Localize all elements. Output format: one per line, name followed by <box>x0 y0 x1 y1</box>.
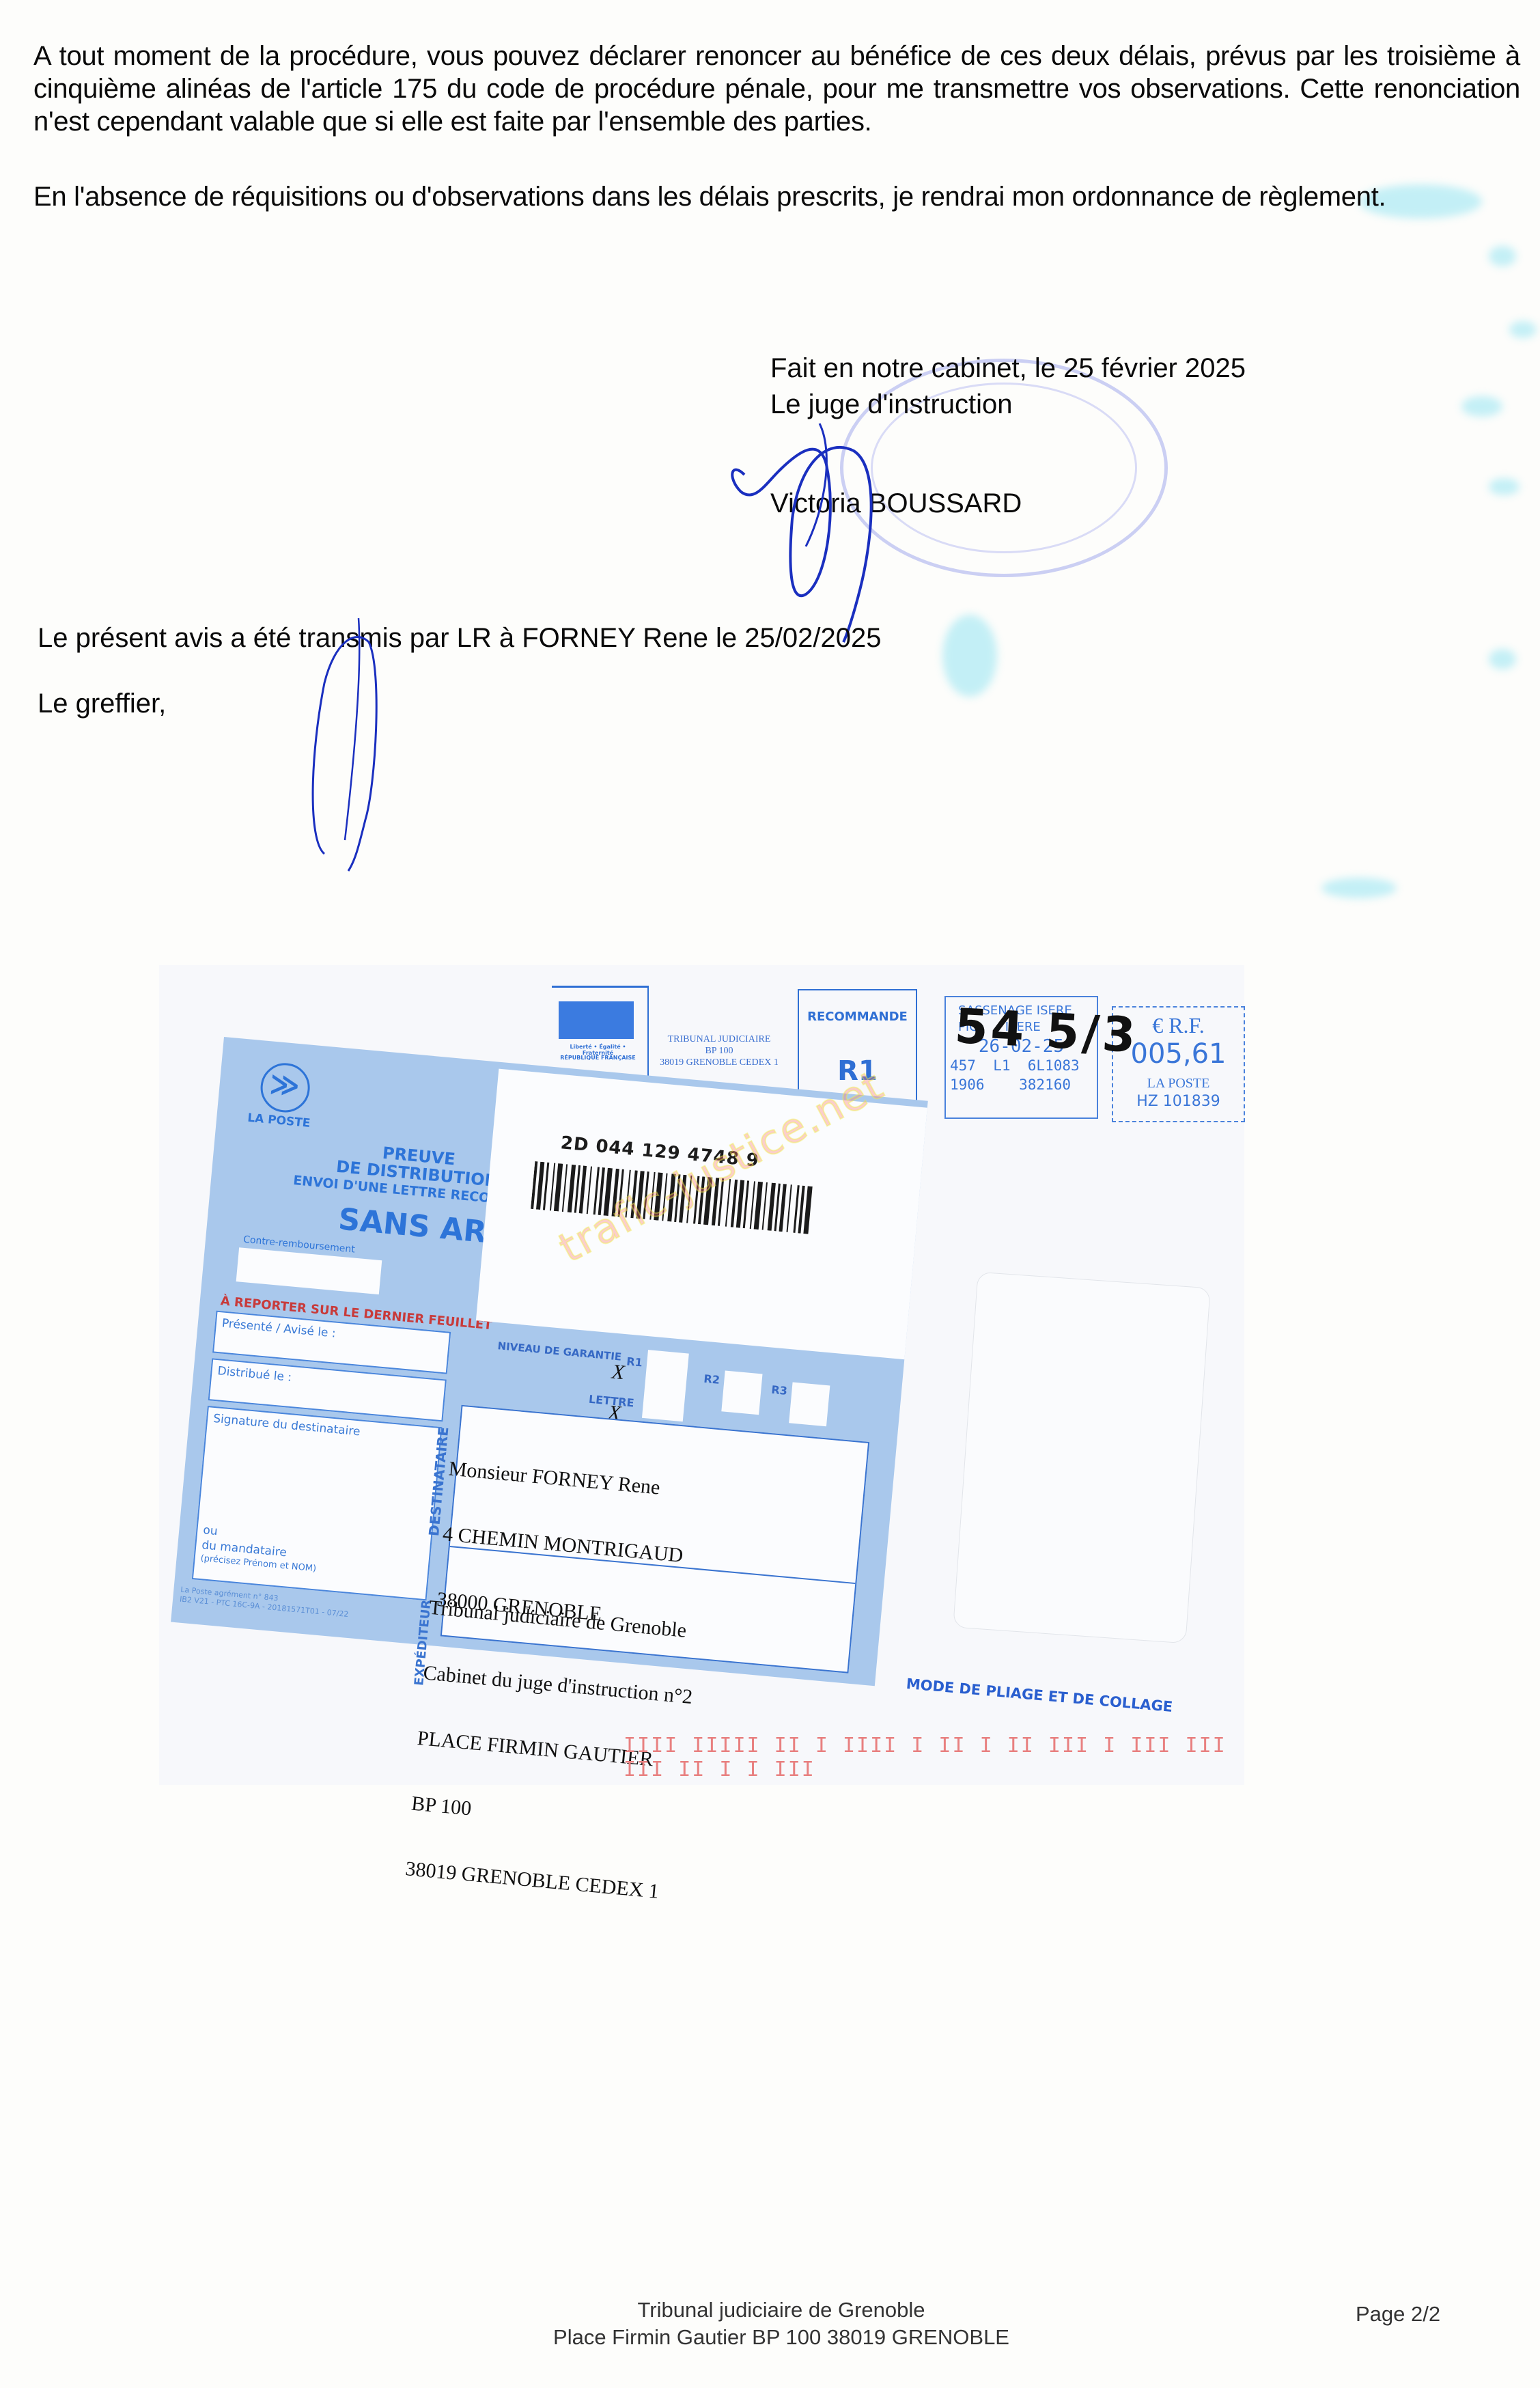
guarantee-r3-label: R3 <box>771 1383 788 1398</box>
sender-stamp-line: BP 100 <box>654 1045 784 1057</box>
sender-stamp: TRIBUNAL JUDICIAIRE BP 100 38019 GRENOBL… <box>654 1033 784 1068</box>
guarantee-r3-box[interactable] <box>789 1383 830 1427</box>
document-page: A tout moment de la procédure, vous pouv… <box>0 0 1540 2388</box>
footer-line-1: Tribunal judiciaire de Grenoble <box>508 2296 1054 2324</box>
paragraph-waiver: A tout moment de la procédure, vous pouv… <box>33 40 1520 138</box>
la-poste-brand: LA POSTE <box>247 1111 311 1130</box>
cash-on-delivery-field[interactable] <box>236 1247 382 1294</box>
footer-line-2: Place Firmin Gautier BP 100 38019 GRENOB… <box>508 2324 1054 2351</box>
registered-letter-envelope: Liberté • Égalité • Fraternité RÉPUBLIQU… <box>159 965 1244 1785</box>
ink-stain <box>1321 878 1397 898</box>
registered-label: RECOMMANDE <box>799 1010 916 1024</box>
guarantee-r1-check: X <box>611 1361 625 1385</box>
clerk-signature <box>294 615 430 874</box>
guarantee-r2-label: R2 <box>703 1372 720 1387</box>
la-poste-logo-icon <box>259 1061 312 1114</box>
sorting-code: IIII IIIII II I IIII I II I II III I III… <box>624 1734 1244 1781</box>
address-line: Tribunal judiciaire de Grenoble <box>428 1597 699 1643</box>
handwritten-annotation: 54 5/3 <box>953 998 1140 1064</box>
guarantee-label: NIVEAU DE GARANTIE <box>497 1339 622 1363</box>
ink-stain <box>1509 321 1537 338</box>
logo-republic: RÉPUBLIQUE FRANÇAISE <box>555 1055 641 1061</box>
page-number: Page 2/2 <box>1356 2301 1440 2328</box>
address-line: Cabinet du juge d'instruction n°2 <box>422 1662 693 1708</box>
presented-label: Présenté / Avisé le : <box>221 1316 336 1340</box>
ink-stain <box>1489 478 1520 495</box>
signature-label: Signature du destinataire <box>212 1412 361 1439</box>
marianne-icon <box>559 1001 634 1039</box>
or-label: ou <box>203 1523 219 1538</box>
paragraph-absence: En l'absence de réquisitions ou d'observ… <box>33 180 1520 213</box>
address-line: 38019 GRENOBLE CEDEX 1 <box>404 1858 675 1904</box>
ink-stain <box>1461 396 1502 417</box>
signature-field[interactable]: Signature du destinataire ou du mandatai… <box>192 1406 443 1600</box>
postmark-line: 1906 382160 <box>946 1075 1097 1094</box>
address-line: Monsieur FORNEY Rene <box>448 1458 690 1501</box>
clerk-label: Le greffier, <box>38 689 166 719</box>
meter-id: HZ 101839 <box>1113 1093 1244 1110</box>
sender-stamp-line: 38019 GRENOBLE CEDEX 1 <box>654 1057 784 1068</box>
ink-stain <box>1489 246 1516 266</box>
meter-operator: LA POSTE <box>1113 1076 1244 1092</box>
sender-stamp-line: TRIBUNAL JUDICIAIRE <box>654 1033 784 1045</box>
place-date: Fait en notre cabinet, le 25 février 202… <box>770 350 1246 387</box>
guarantee-r2-box[interactable] <box>721 1371 762 1415</box>
envelope-window <box>953 1272 1211 1644</box>
transmission-note: Le présent avis a été transmis par LR à … <box>38 623 882 654</box>
delivered-label: Distribué le : <box>217 1364 292 1385</box>
guarantee-r1-label: R1 <box>626 1355 643 1369</box>
address-line: BP 100 <box>410 1793 682 1839</box>
guarantee-r1-box[interactable] <box>642 1350 689 1421</box>
footer-address: Tribunal judiciaire de Grenoble Place Fi… <box>508 2296 1054 2351</box>
ink-stain <box>1489 649 1516 669</box>
